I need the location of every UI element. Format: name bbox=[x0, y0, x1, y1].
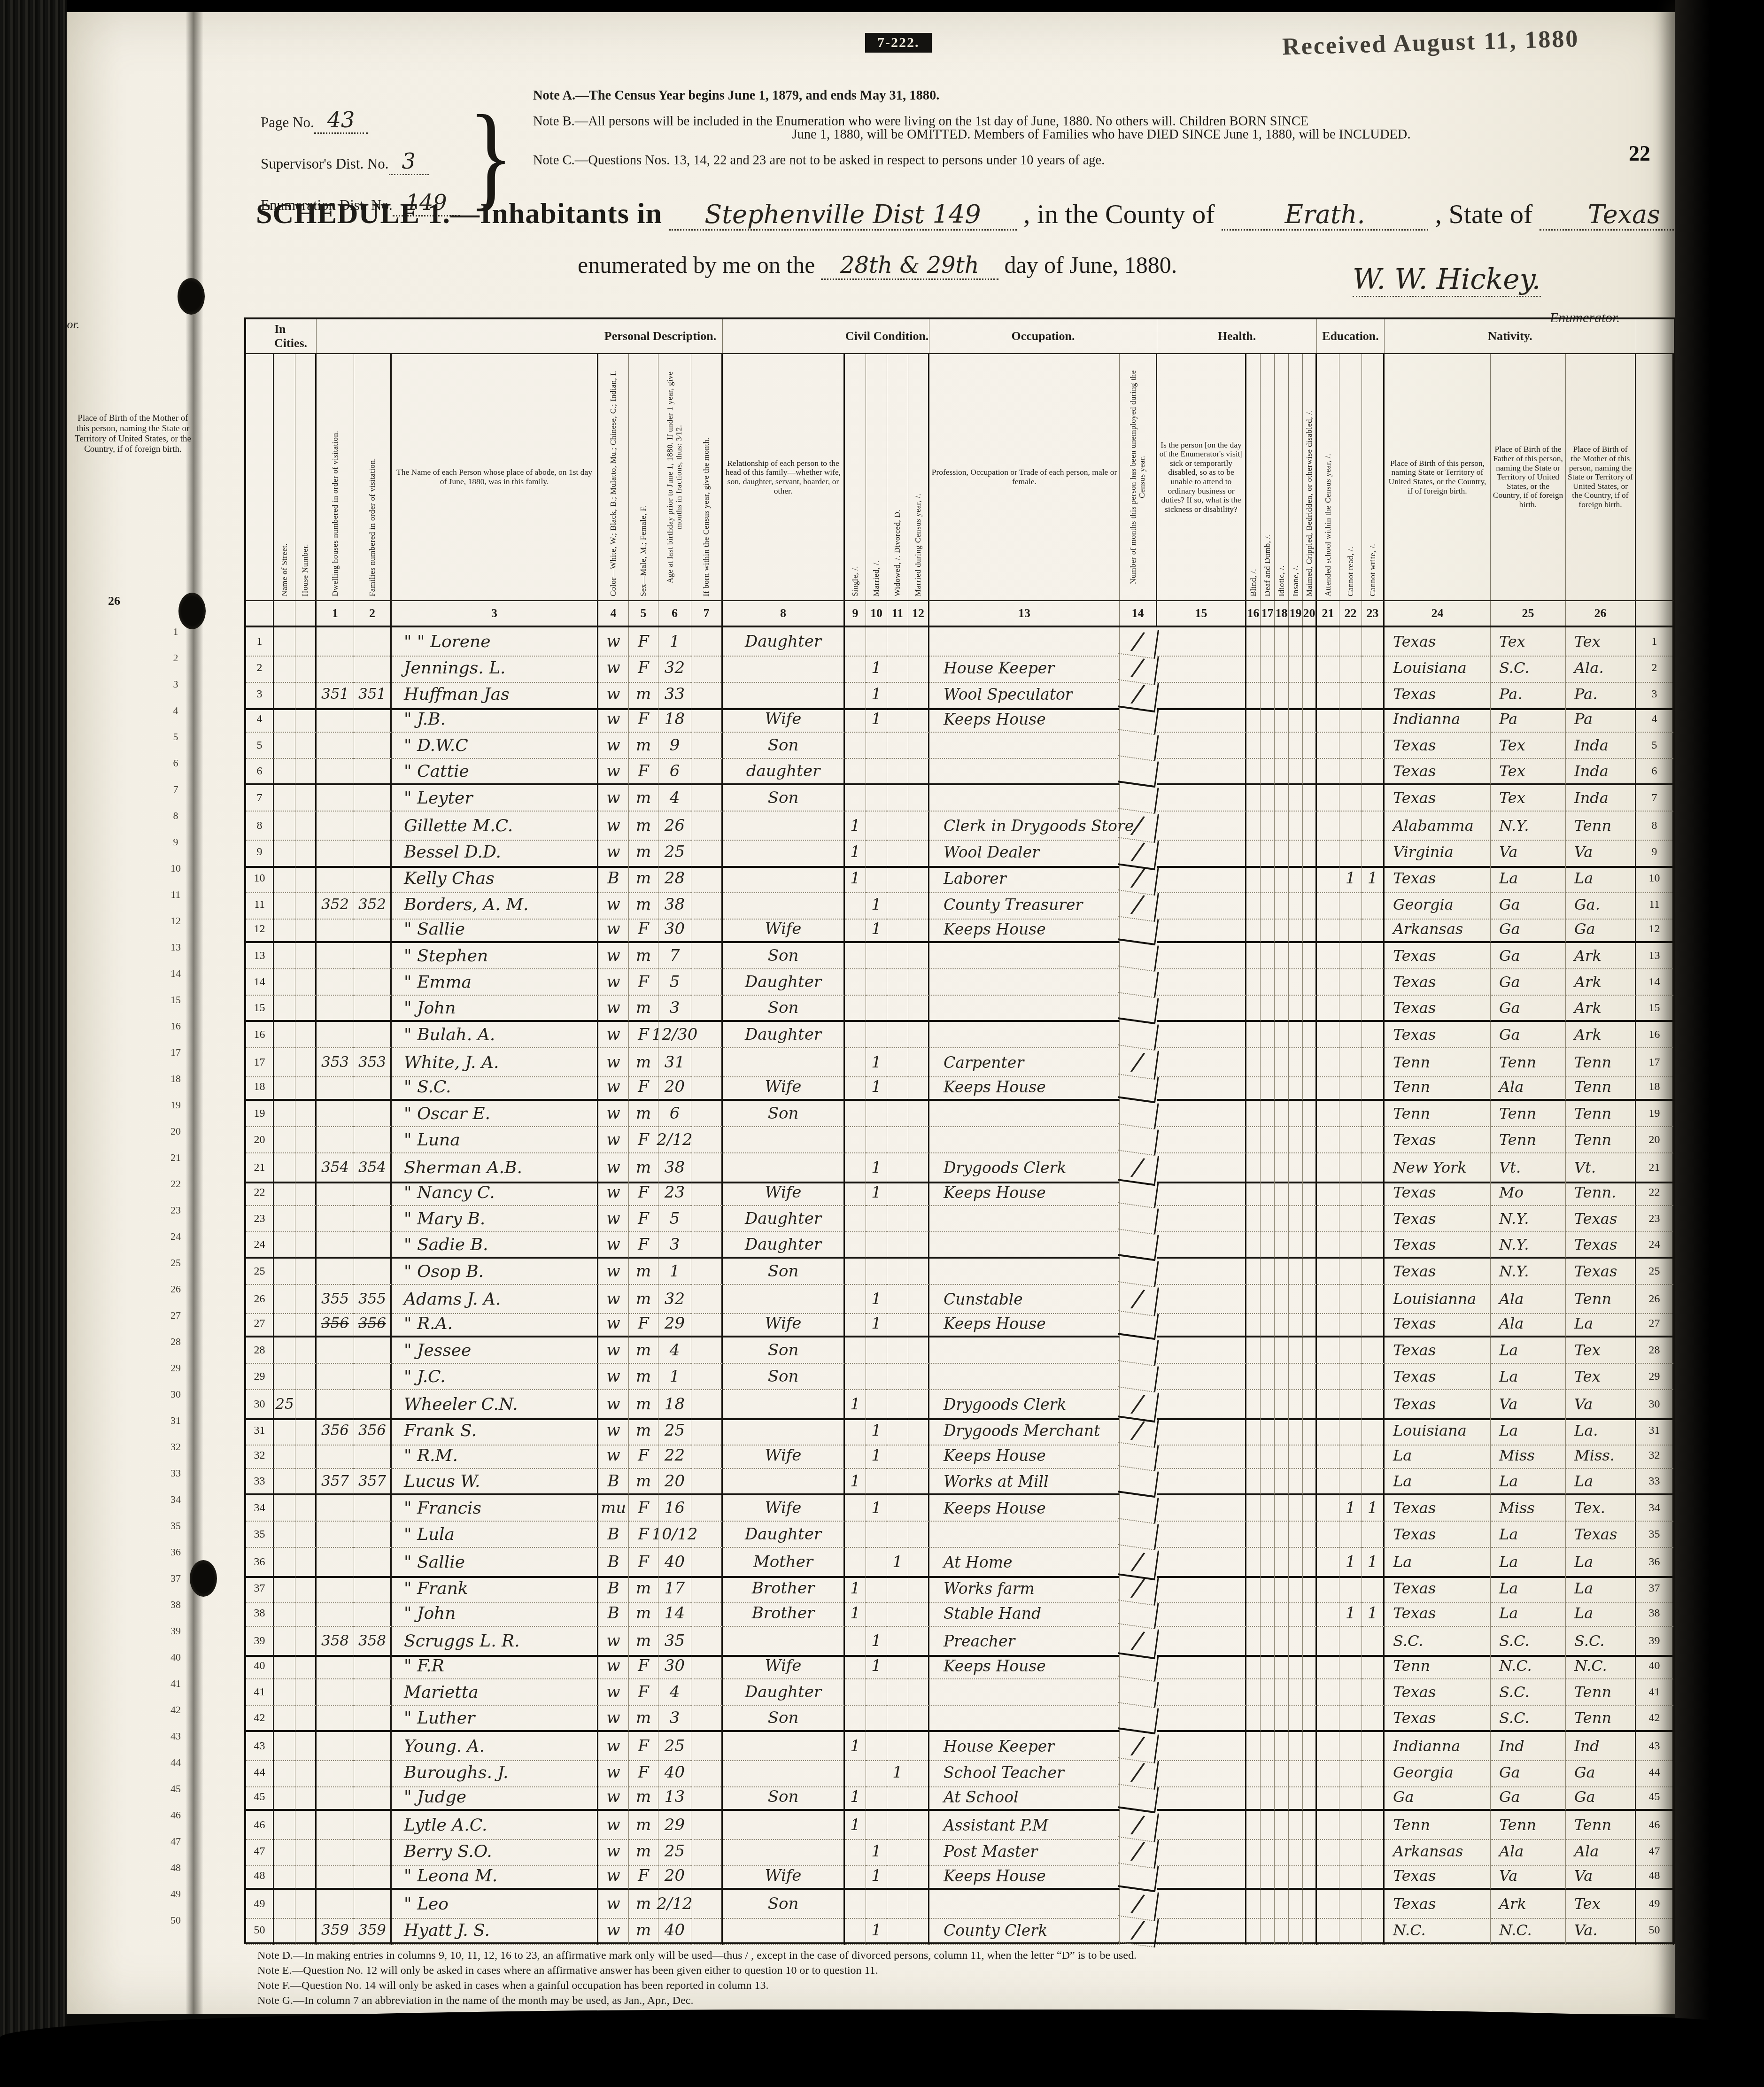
occupation: House Keeper bbox=[929, 654, 1120, 683]
month-born bbox=[691, 1074, 723, 1101]
single-mark bbox=[845, 1416, 866, 1445]
table-row: 34" FrancismuF16Wife1Keeps House11TexasM… bbox=[246, 1495, 1674, 1522]
column-label-c5: Sex—Male, M.; Female, F. bbox=[629, 354, 658, 600]
widowed-mark bbox=[887, 1495, 908, 1522]
idiotic-mark bbox=[1275, 654, 1289, 683]
row-number-left: 50 bbox=[246, 1916, 274, 1945]
birthplace-mother: Tenn bbox=[1566, 1811, 1636, 1840]
married-mark: 1 bbox=[866, 1443, 887, 1469]
birthplace-mother: Tenn bbox=[1566, 1074, 1636, 1101]
cannot-write-mark bbox=[1362, 943, 1385, 969]
top-notes: Note A.—The Census Year begins June 1, 1… bbox=[533, 89, 1670, 167]
column-number-cell: 18 bbox=[1275, 601, 1289, 626]
insane-mark bbox=[1289, 1890, 1303, 1919]
age: 18 bbox=[658, 706, 691, 733]
sex: m bbox=[629, 1048, 658, 1077]
color: w bbox=[598, 917, 629, 943]
cannot-read-mark bbox=[1339, 759, 1362, 785]
dwelling-number: 353 bbox=[317, 1048, 354, 1077]
age: 29 bbox=[658, 1311, 691, 1337]
sickness bbox=[1157, 1337, 1246, 1364]
cannot-write-mark bbox=[1362, 1627, 1385, 1657]
attended-school-mark bbox=[1317, 943, 1339, 969]
house-number bbox=[295, 785, 317, 812]
deaf-dumb-mark bbox=[1261, 1758, 1275, 1787]
group-header-cell: Personal Description. bbox=[598, 319, 723, 353]
sex: m bbox=[629, 1811, 658, 1840]
married-in-year-mark bbox=[908, 1706, 929, 1732]
disabled-mark bbox=[1303, 1443, 1317, 1469]
street-scribble bbox=[274, 1364, 295, 1390]
person-name: " Judge bbox=[392, 1785, 598, 1811]
house-number bbox=[295, 943, 317, 969]
cannot-write-mark bbox=[1362, 1416, 1385, 1445]
married-in-year-mark bbox=[908, 1074, 929, 1101]
birthplace-self: Alabamma bbox=[1385, 812, 1491, 841]
street-scribble bbox=[274, 1074, 295, 1101]
cannot-write-mark bbox=[1362, 1022, 1385, 1048]
attended-school-mark bbox=[1317, 1469, 1339, 1495]
relationship bbox=[723, 1916, 845, 1945]
deaf-dumb-mark bbox=[1261, 1732, 1275, 1761]
birthplace-mother: Tex. bbox=[1566, 1495, 1636, 1522]
sickness bbox=[1157, 1548, 1246, 1578]
disabled-mark bbox=[1303, 706, 1317, 733]
cannot-write-mark bbox=[1362, 1574, 1385, 1603]
street-scribble bbox=[274, 1495, 295, 1522]
disabled-mark bbox=[1303, 812, 1317, 841]
row-number-right: 5 bbox=[1636, 733, 1674, 759]
age: 18 bbox=[658, 1390, 691, 1420]
insane-mark bbox=[1289, 1732, 1303, 1761]
insane-mark bbox=[1289, 1811, 1303, 1840]
person-name: Adams J. A. bbox=[392, 1285, 598, 1314]
row-number-right: 21 bbox=[1636, 1153, 1674, 1183]
table-row: 39358358Scruggs L. R.wm351Preacher∕S.C.S… bbox=[246, 1627, 1674, 1653]
relationship: Wife bbox=[723, 1495, 845, 1522]
cannot-write-mark bbox=[1362, 1758, 1385, 1787]
dwelling-number bbox=[317, 1811, 354, 1840]
birthplace-mother: Inda bbox=[1566, 733, 1636, 759]
idiotic-mark bbox=[1275, 785, 1289, 812]
month-born bbox=[691, 1443, 723, 1469]
insane-mark bbox=[1289, 1495, 1303, 1522]
cannot-read-mark bbox=[1339, 1206, 1362, 1232]
month-born bbox=[691, 1863, 723, 1890]
group-header-cell: Occupation. bbox=[929, 319, 1157, 353]
married-in-year-mark bbox=[908, 1311, 929, 1337]
color: w bbox=[598, 1127, 629, 1153]
age: 30 bbox=[658, 1653, 691, 1679]
married-mark: 1 bbox=[866, 654, 887, 683]
table-row: 1" " LorenewF1Daughter∕TexasTexTex1 bbox=[246, 627, 1674, 654]
person-name: " Sallie bbox=[392, 1548, 598, 1578]
cannot-read-mark bbox=[1339, 1337, 1362, 1364]
cannot-read-mark bbox=[1339, 1364, 1362, 1390]
house-number bbox=[295, 1863, 317, 1890]
idiotic-mark bbox=[1275, 1416, 1289, 1445]
birthplace-mother: Tenn bbox=[1566, 1285, 1636, 1314]
dwelling-number bbox=[317, 1706, 354, 1732]
blind-mark bbox=[1246, 1811, 1261, 1840]
blind-mark bbox=[1246, 812, 1261, 841]
sickness bbox=[1157, 1600, 1246, 1627]
sickness bbox=[1157, 1469, 1246, 1495]
person-name: Bessel D.D. bbox=[392, 838, 598, 868]
sickness bbox=[1157, 706, 1246, 733]
age: 2/12 bbox=[658, 1890, 691, 1919]
idiotic-mark bbox=[1275, 1022, 1289, 1048]
married-mark: 1 bbox=[866, 1311, 887, 1337]
cannot-read-mark bbox=[1339, 1390, 1362, 1420]
birthplace-self: Texas bbox=[1385, 1706, 1491, 1732]
sex: m bbox=[629, 890, 658, 920]
blind-mark bbox=[1246, 1337, 1261, 1364]
color: w bbox=[598, 1390, 629, 1420]
birthplace-father: Ala bbox=[1491, 1311, 1566, 1337]
table-row: 11352352Borders, A. M.wm381County Treasu… bbox=[246, 890, 1674, 917]
disabled-mark bbox=[1303, 1285, 1317, 1314]
street-scribble bbox=[274, 1022, 295, 1048]
dwelling-number bbox=[317, 1495, 354, 1522]
dwelling-number: 357 bbox=[317, 1469, 354, 1495]
person-name: Borders, A. M. bbox=[392, 890, 598, 920]
column-label-c13: Profession, Occupation or Trade of each … bbox=[929, 354, 1120, 600]
cannot-read-mark bbox=[1339, 1574, 1362, 1603]
married-mark bbox=[866, 1206, 887, 1232]
cannot-read-mark bbox=[1339, 1863, 1362, 1890]
previous-page-row-number: 2 bbox=[165, 652, 186, 678]
birthplace-self: Louisiana bbox=[1385, 654, 1491, 683]
married-in-year-mark bbox=[908, 654, 929, 683]
dwelling-number: 352 bbox=[317, 890, 354, 920]
house-number bbox=[295, 1259, 317, 1285]
previous-page-row-number: 14 bbox=[165, 967, 186, 994]
color: w bbox=[598, 838, 629, 868]
street-scribble bbox=[274, 1653, 295, 1679]
married-in-year-mark bbox=[908, 1785, 929, 1811]
married-in-year-mark bbox=[908, 864, 929, 893]
sex: F bbox=[629, 1074, 658, 1101]
unemployed-mark: ∕ bbox=[1118, 1914, 1159, 1948]
occupation bbox=[929, 996, 1120, 1022]
idiotic-mark bbox=[1275, 1074, 1289, 1101]
widowed-mark bbox=[887, 706, 908, 733]
occupation: County Treasurer bbox=[929, 890, 1120, 920]
table-row: 6" CattiewF6daughterTexasTexInda6 bbox=[246, 759, 1674, 785]
previous-page-row-number: 50 bbox=[165, 1914, 186, 1940]
column-number-cell: 3 bbox=[392, 601, 598, 626]
age: 25 bbox=[658, 1837, 691, 1866]
birthplace-self: La bbox=[1385, 1443, 1491, 1469]
note-d: Note D.—In making entries in columns 9, … bbox=[257, 1948, 1549, 1963]
single-mark bbox=[845, 943, 866, 969]
married-mark bbox=[866, 812, 887, 841]
family-number bbox=[354, 996, 392, 1022]
street-scribble bbox=[274, 1706, 295, 1732]
street-scribble bbox=[274, 1127, 295, 1153]
occupation bbox=[929, 785, 1120, 812]
insane-mark bbox=[1289, 1522, 1303, 1548]
blind-mark bbox=[1246, 1180, 1261, 1206]
house-number bbox=[295, 1653, 317, 1679]
idiotic-mark bbox=[1275, 1206, 1289, 1232]
family-number: 351 bbox=[354, 680, 392, 710]
attended-school-mark bbox=[1317, 1679, 1339, 1706]
color: w bbox=[598, 1732, 629, 1761]
sex: m bbox=[629, 1469, 658, 1495]
single-mark: 1 bbox=[845, 1574, 866, 1603]
blind-mark bbox=[1246, 1785, 1261, 1811]
attended-school-mark bbox=[1317, 680, 1339, 710]
age: 40 bbox=[658, 1916, 691, 1945]
deaf-dumb-mark bbox=[1261, 1706, 1275, 1732]
age: 12/30 bbox=[658, 1022, 691, 1048]
deaf-dumb-mark bbox=[1261, 680, 1275, 710]
sickness bbox=[1157, 759, 1246, 785]
street-scribble bbox=[274, 1600, 295, 1627]
sickness bbox=[1157, 1443, 1246, 1469]
column-label-text: Place of Birth of this person, naming St… bbox=[1386, 459, 1489, 495]
birthplace-father: N.C. bbox=[1491, 1916, 1566, 1945]
single-mark bbox=[845, 654, 866, 683]
relationship: Wife bbox=[723, 706, 845, 733]
married-mark bbox=[866, 1890, 887, 1919]
attended-school-mark bbox=[1317, 1285, 1339, 1314]
cannot-write-mark bbox=[1362, 1837, 1385, 1866]
occupation: Keeps House bbox=[929, 706, 1120, 733]
row-number-right: 34 bbox=[1636, 1495, 1674, 1522]
age: 30 bbox=[658, 917, 691, 943]
cannot-read-mark bbox=[1339, 627, 1362, 657]
widowed-mark bbox=[887, 1232, 908, 1259]
birthplace-father: Tex bbox=[1491, 759, 1566, 785]
occupation bbox=[929, 1706, 1120, 1732]
birthplace-self: Arkansas bbox=[1385, 1837, 1491, 1866]
birthplace-mother: Texas bbox=[1566, 1259, 1636, 1285]
column-label-street: Name of Street. bbox=[274, 354, 295, 600]
cannot-read-mark bbox=[1339, 812, 1362, 841]
page-no-label: Page No. bbox=[261, 114, 314, 131]
birthplace-mother: Tenn bbox=[1566, 1048, 1636, 1077]
dwelling-number: 356 bbox=[317, 1416, 354, 1445]
color: w bbox=[598, 785, 629, 812]
person-name: " Leyter bbox=[392, 785, 598, 812]
birthplace-self: Texas bbox=[1385, 1180, 1491, 1206]
idiotic-mark bbox=[1275, 1443, 1289, 1469]
idiotic-mark bbox=[1275, 1048, 1289, 1077]
married-in-year-mark bbox=[908, 1469, 929, 1495]
month-born bbox=[691, 759, 723, 785]
column-label-text: Blind, /. bbox=[1249, 358, 1258, 596]
row-number-left: 3 bbox=[246, 680, 274, 710]
blind-mark bbox=[1246, 1206, 1261, 1232]
insane-mark bbox=[1289, 1469, 1303, 1495]
widowed-mark bbox=[887, 1785, 908, 1811]
column-label-text: Age at last birthday prior to June 1, 18… bbox=[665, 358, 683, 596]
married-in-year-mark bbox=[908, 890, 929, 920]
relationship: Son bbox=[723, 733, 845, 759]
family-number bbox=[354, 969, 392, 996]
county-label: , in the County of bbox=[1023, 199, 1215, 229]
married-in-year-mark bbox=[908, 1022, 929, 1048]
table-row: 47Berry S.O.wm251Post Master∕ArkansasAla… bbox=[246, 1837, 1674, 1863]
row-number-left: 26 bbox=[246, 1285, 274, 1314]
disabled-mark bbox=[1303, 1916, 1317, 1945]
house-number bbox=[295, 654, 317, 683]
cannot-write-mark bbox=[1362, 917, 1385, 943]
row-number-left: 34 bbox=[246, 1495, 274, 1522]
disabled-mark bbox=[1303, 1758, 1317, 1787]
occupation: Drygoods Clerk bbox=[929, 1153, 1120, 1183]
family-number bbox=[354, 838, 392, 868]
insane-mark bbox=[1289, 1048, 1303, 1077]
month-born bbox=[691, 1022, 723, 1048]
table-row: 9Bessel D.D.wm251Wool Dealer∕VirginiaVaV… bbox=[246, 838, 1674, 864]
street-scribble bbox=[274, 1837, 295, 1866]
relationship bbox=[723, 812, 845, 841]
color: w bbox=[598, 1048, 629, 1077]
birthplace-self: Texas bbox=[1385, 1390, 1491, 1420]
sickness bbox=[1157, 1785, 1246, 1811]
idiotic-mark bbox=[1275, 1127, 1289, 1153]
sex: m bbox=[629, 838, 658, 868]
married-in-year-mark bbox=[908, 812, 929, 841]
house-number bbox=[295, 1022, 317, 1048]
person-name: Gillette M.C. bbox=[392, 812, 598, 841]
previous-page-row-number: 19 bbox=[165, 1099, 186, 1125]
column-number-cell: 13 bbox=[929, 601, 1120, 626]
cannot-read-mark bbox=[1339, 1916, 1362, 1945]
color: w bbox=[598, 1916, 629, 1945]
color: w bbox=[598, 1758, 629, 1787]
married-in-year-mark bbox=[908, 1048, 929, 1077]
sickness bbox=[1157, 943, 1246, 969]
blind-mark bbox=[1246, 1469, 1261, 1495]
married-in-year-mark bbox=[908, 1811, 929, 1840]
cannot-write-mark bbox=[1362, 1785, 1385, 1811]
month-born bbox=[691, 917, 723, 943]
relationship: daughter bbox=[723, 759, 845, 785]
family-number bbox=[354, 733, 392, 759]
disabled-mark bbox=[1303, 943, 1317, 969]
age: 25 bbox=[658, 1732, 691, 1761]
relationship: Son bbox=[723, 1337, 845, 1364]
cannot-read-mark bbox=[1339, 785, 1362, 812]
birthplace-mother: S.C. bbox=[1566, 1627, 1636, 1657]
deaf-dumb-mark bbox=[1261, 1074, 1275, 1101]
person-name: Scruggs L. R. bbox=[392, 1627, 598, 1657]
age: 20 bbox=[658, 1074, 691, 1101]
cannot-write-mark bbox=[1362, 1180, 1385, 1206]
row-number-right: 47 bbox=[1636, 1837, 1674, 1866]
street-scribble bbox=[274, 1811, 295, 1840]
column-label-c25: Place of Birth of the Father of this per… bbox=[1491, 354, 1566, 600]
married-mark bbox=[866, 1732, 887, 1761]
column-label-text: If born within the Census year, give the… bbox=[702, 358, 711, 596]
sickness bbox=[1157, 1811, 1246, 1840]
family-number bbox=[354, 917, 392, 943]
dwelling-number bbox=[317, 1890, 354, 1919]
sickness bbox=[1157, 1101, 1246, 1127]
single-mark: 1 bbox=[845, 864, 866, 893]
column-label-c19: Insane, /. bbox=[1289, 354, 1303, 600]
dwelling-number bbox=[317, 1337, 354, 1364]
deaf-dumb-mark bbox=[1261, 1390, 1275, 1420]
table-group-header: In Cities.Personal Description.Civil Con… bbox=[246, 319, 1674, 354]
insane-mark bbox=[1289, 1022, 1303, 1048]
cannot-write-mark bbox=[1362, 1206, 1385, 1232]
row-number-right: 40 bbox=[1636, 1653, 1674, 1679]
disabled-mark bbox=[1303, 627, 1317, 657]
occupation bbox=[929, 1890, 1120, 1919]
birthplace-mother: Tex bbox=[1566, 627, 1636, 657]
row-number-right: 42 bbox=[1636, 1706, 1674, 1732]
insane-mark bbox=[1289, 890, 1303, 920]
birthplace-father: La bbox=[1491, 1416, 1566, 1445]
idiotic-mark bbox=[1275, 759, 1289, 785]
occupation bbox=[929, 627, 1120, 657]
street-scribble bbox=[274, 969, 295, 996]
column-label-c20: Maimed, Crippled, Bedridden, or otherwis… bbox=[1303, 354, 1317, 600]
age: 23 bbox=[658, 1180, 691, 1206]
idiotic-mark bbox=[1275, 838, 1289, 868]
deaf-dumb-mark bbox=[1261, 969, 1275, 996]
widowed-mark bbox=[887, 654, 908, 683]
cannot-read-mark bbox=[1339, 1522, 1362, 1548]
blind-mark bbox=[1246, 680, 1261, 710]
relationship: Son bbox=[723, 1890, 845, 1919]
row-number-right: 39 bbox=[1636, 1627, 1674, 1657]
row-number-left: 7 bbox=[246, 785, 274, 812]
dwelling-number bbox=[317, 1732, 354, 1761]
occupation: Keeps House bbox=[929, 1311, 1120, 1337]
group-header-cell: Health. bbox=[1157, 319, 1317, 353]
color: w bbox=[598, 1337, 629, 1364]
color: w bbox=[598, 1416, 629, 1445]
widowed-mark bbox=[887, 890, 908, 920]
age: 7 bbox=[658, 943, 691, 969]
married-in-year-mark bbox=[908, 1600, 929, 1627]
dwelling-number bbox=[317, 1785, 354, 1811]
row-number-left: 40 bbox=[246, 1653, 274, 1679]
deaf-dumb-mark bbox=[1261, 1206, 1275, 1232]
single-mark bbox=[845, 917, 866, 943]
single-mark bbox=[845, 1101, 866, 1127]
sickness bbox=[1157, 1706, 1246, 1732]
birthplace-father: Ga bbox=[1491, 943, 1566, 969]
dwelling-number bbox=[317, 1758, 354, 1787]
family-number bbox=[354, 706, 392, 733]
insane-mark bbox=[1289, 969, 1303, 996]
age: 22 bbox=[658, 1443, 691, 1469]
month-born bbox=[691, 943, 723, 969]
occupation bbox=[929, 1259, 1120, 1285]
blind-mark bbox=[1246, 1600, 1261, 1627]
deaf-dumb-mark bbox=[1261, 1337, 1275, 1364]
birthplace-father: Ala bbox=[1491, 1074, 1566, 1101]
color: w bbox=[598, 943, 629, 969]
cannot-read-mark bbox=[1339, 917, 1362, 943]
previous-page-row-number: 17 bbox=[165, 1046, 186, 1073]
table-row: 22" Nancy C.wF23Wife1Keeps HouseTexasMoT… bbox=[246, 1180, 1674, 1206]
person-name: " Nancy C. bbox=[392, 1180, 598, 1206]
birthplace-self: Georgia bbox=[1385, 890, 1491, 920]
widowed-mark bbox=[887, 1653, 908, 1679]
relationship bbox=[723, 1127, 845, 1153]
insane-mark bbox=[1289, 1259, 1303, 1285]
row-number-left: 24 bbox=[246, 1232, 274, 1259]
